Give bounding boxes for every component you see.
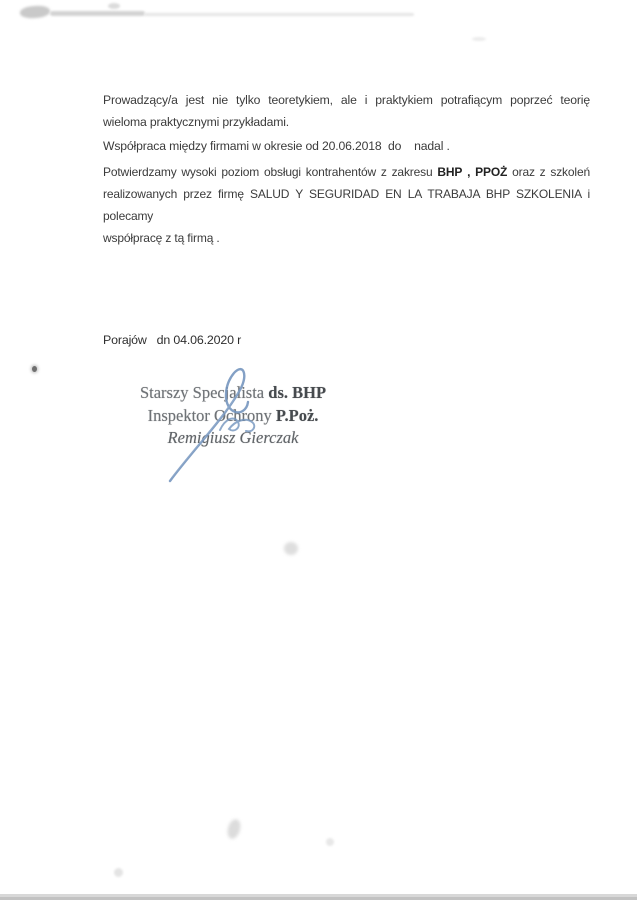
paragraph-line: współpracę z tą firmą . [103,227,590,249]
scan-artifact-mid-smudge [284,542,298,555]
paragraph-line: Potwierdzamy wysoki poziom obsługi kontr… [103,161,590,183]
scan-artifact-left-dot [32,366,37,372]
scan-artifact-bottom-edge-line [0,894,637,897]
scan-artifact-top-blob [20,5,51,19]
text-segment-bold-ppoz: , PPOŻ [467,165,507,179]
text-segment: Potwierdzamy wysoki poziom obsługi kontr… [103,165,433,179]
paragraph-recommendation: Potwierdzamy wysoki poziom obsługi kontr… [103,161,590,249]
scan-artifact-top-streak [50,11,145,16]
scan-artifact-fleck [472,37,486,41]
scan-artifact-fleck [114,868,123,877]
scan-artifact-top-streak-faint [144,13,414,16]
paragraph-line: Prowadzący/a jest nie tylko teoretykiem,… [103,89,590,111]
stamp-text-bold: P.Poż. [276,406,318,425]
paragraph-line: wieloma praktycznymi przykładami. [103,111,590,133]
stamp-text-bold: ds. BHP [268,383,326,402]
text-segment: oraz z szkoleń [512,165,590,179]
scanned-reference-letter-page: Prowadzący/a jest nie tylko teoretykiem,… [0,0,637,900]
paragraph-cooperation-period: Współpraca między firmami w okresie od 2… [103,135,450,157]
place-date-line: Porajów dn 04.06.2020 r [103,329,241,351]
paragraph-line: realizowanych przez firmę SALUD Y SEGURI… [103,183,590,227]
text-segment-bold-bhp: BHP [437,165,462,179]
signature-stroke-icon [135,350,270,490]
scan-artifact-lower-smudge [225,818,242,841]
scan-artifact-fleck [108,3,120,9]
paragraph-trainer-quality: Prowadzący/a jest nie tylko teoretykiem,… [103,89,590,133]
scan-artifact-fleck [326,838,334,846]
